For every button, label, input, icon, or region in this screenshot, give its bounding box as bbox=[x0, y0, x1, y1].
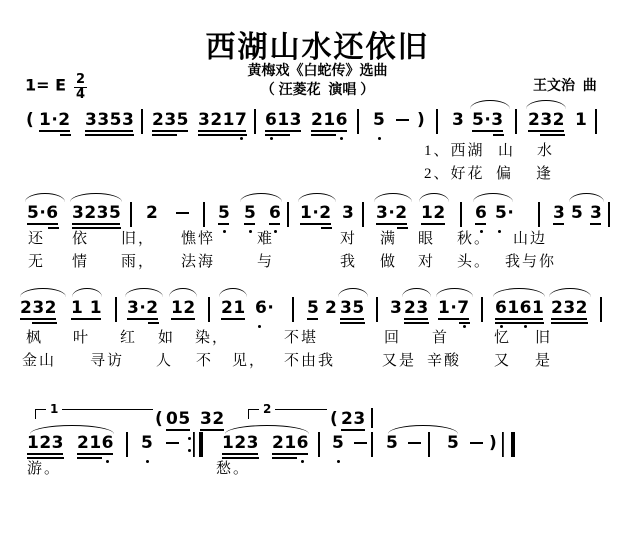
note-token: 23 bbox=[404, 300, 429, 317]
beam-line-2 bbox=[551, 322, 588, 324]
beam-line-2 bbox=[77, 457, 102, 459]
volta-number: 1 bbox=[46, 402, 62, 416]
slur-arc bbox=[72, 288, 102, 297]
slur-arc bbox=[25, 193, 65, 202]
beam-line-2 bbox=[85, 134, 134, 136]
note-token: 3 bbox=[342, 205, 354, 222]
beam-line bbox=[39, 130, 70, 132]
note-token: 123 bbox=[222, 435, 259, 452]
beam-line bbox=[218, 223, 229, 225]
beam-line bbox=[528, 130, 564, 132]
lyric-syllable: 还 bbox=[28, 232, 45, 247]
note-token: 6161 bbox=[495, 300, 544, 317]
beam-line-2 bbox=[72, 227, 121, 229]
barline-thin bbox=[460, 202, 462, 227]
note-token: 1 1 bbox=[71, 300, 102, 317]
lyric-syllable: 游。 bbox=[27, 462, 61, 477]
beam-line-2 bbox=[311, 134, 336, 136]
slur-arc bbox=[436, 288, 473, 297]
note-token: ( bbox=[26, 112, 34, 129]
volta-bracket: 1 bbox=[35, 409, 153, 419]
beam-line bbox=[472, 130, 503, 132]
barline-thin bbox=[130, 202, 132, 227]
octave-dot bbox=[337, 460, 340, 463]
beam-line bbox=[27, 453, 63, 455]
beam-line bbox=[421, 223, 445, 225]
note-token: 12 bbox=[171, 300, 196, 317]
lyric-syllable: 与 bbox=[257, 255, 274, 270]
barline-thin bbox=[538, 202, 540, 227]
beam-line-2 bbox=[404, 322, 429, 324]
octave-dot bbox=[524, 325, 527, 328]
note-token: 216 bbox=[311, 112, 348, 129]
note-token: 216 bbox=[272, 435, 309, 452]
key-signature: 1= E24 bbox=[25, 73, 87, 103]
beam-line-2 bbox=[265, 134, 290, 136]
composer-credit: 王文治 曲 bbox=[533, 75, 597, 95]
note-token: 5 bbox=[373, 112, 385, 129]
note-token: 232 bbox=[20, 300, 57, 317]
note-token: 12 bbox=[421, 205, 446, 222]
beam-line-2 bbox=[152, 134, 177, 136]
beam-line bbox=[272, 453, 308, 455]
lyric-syllable: 2、好花 bbox=[424, 167, 485, 182]
slur-arc bbox=[338, 288, 368, 297]
octave-dot bbox=[463, 325, 466, 328]
beam-line bbox=[72, 223, 120, 225]
beam-line-2 bbox=[397, 227, 408, 229]
beam-line bbox=[269, 223, 280, 225]
time-denominator: 4 bbox=[74, 88, 87, 102]
beam-line bbox=[77, 453, 113, 455]
note-token: 5 bbox=[332, 435, 344, 452]
beam-line bbox=[340, 318, 364, 320]
beam-line-2 bbox=[495, 322, 544, 324]
beam-line-2 bbox=[27, 457, 64, 459]
octave-dot bbox=[249, 230, 252, 233]
beam-line bbox=[495, 318, 543, 320]
slur-arc bbox=[30, 425, 114, 434]
octave-dot bbox=[498, 230, 501, 233]
beam-line bbox=[171, 318, 195, 320]
beam-line-2 bbox=[272, 457, 297, 459]
barline-repeat-end bbox=[188, 432, 203, 457]
barline-thin bbox=[318, 432, 320, 457]
beam-line-2 bbox=[198, 134, 247, 136]
beam-line-2 bbox=[148, 322, 159, 324]
barline-thin bbox=[371, 408, 373, 428]
note-token: 5 bbox=[386, 435, 398, 452]
note-token: 1 bbox=[575, 112, 587, 129]
lyric-syllable: 是 bbox=[535, 354, 552, 369]
beam-line bbox=[222, 453, 258, 455]
beam-line bbox=[475, 223, 486, 225]
note-token: 3217 bbox=[198, 112, 247, 129]
note-token: 613 bbox=[265, 112, 302, 129]
lyric-syllable: 旧， bbox=[121, 232, 155, 247]
lyric-syllable: 对 bbox=[418, 255, 435, 270]
note-token: 3353 bbox=[85, 112, 134, 129]
barline-thin bbox=[357, 109, 359, 134]
lyric-syllable: 人 bbox=[156, 354, 173, 369]
octave-dot bbox=[500, 325, 503, 328]
lyric-syllable: 回 bbox=[384, 331, 401, 346]
note-token: 5· bbox=[495, 205, 514, 222]
note-token: 5 bbox=[571, 205, 583, 222]
note-token: 6· bbox=[255, 300, 274, 317]
duration-dash bbox=[166, 442, 179, 444]
beam-line-2 bbox=[60, 134, 71, 136]
lyric-syllable: 憔悴 bbox=[181, 232, 215, 247]
beam-line-2 bbox=[222, 457, 259, 459]
barline-thin bbox=[608, 202, 610, 227]
time-signature: 24 bbox=[74, 73, 87, 103]
note-token: 21 bbox=[221, 300, 246, 317]
note-token: 5 bbox=[218, 205, 230, 222]
note-token: 35 bbox=[340, 300, 365, 317]
note-token: 5 bbox=[244, 205, 256, 222]
note-token: 23 bbox=[341, 411, 366, 428]
lyric-syllable: 满 bbox=[380, 232, 397, 247]
note-token: 6 bbox=[269, 205, 281, 222]
lyric-syllable: 山边 bbox=[513, 232, 547, 247]
volta-bracket: 2 bbox=[248, 409, 327, 419]
slur-arc bbox=[388, 425, 458, 434]
lyric-syllable: 红 bbox=[120, 331, 137, 346]
lyric-syllable: 水 bbox=[537, 144, 554, 159]
lyric-syllable: 首 bbox=[432, 331, 449, 346]
note-token: 3 bbox=[590, 205, 602, 222]
note-token: ) bbox=[489, 435, 497, 452]
slur-arc bbox=[240, 193, 282, 202]
lyric-syllable: 秋。 bbox=[457, 232, 491, 247]
slur-arc bbox=[569, 193, 604, 202]
barline-thin bbox=[203, 202, 205, 227]
lyric-syllable: 又 bbox=[494, 354, 511, 369]
note-token: 32 bbox=[200, 411, 225, 428]
slur-arc bbox=[125, 288, 163, 297]
note-token: 2 bbox=[325, 300, 337, 317]
lyric-syllable: 眼 bbox=[418, 232, 435, 247]
beam-line bbox=[551, 318, 587, 320]
beam-line-2 bbox=[540, 134, 565, 136]
lyric-syllable: 叶 bbox=[73, 331, 90, 346]
lyric-syllable: 不 bbox=[196, 354, 213, 369]
barline-thin bbox=[287, 202, 289, 227]
note-token: ( bbox=[155, 411, 163, 428]
beam-line bbox=[307, 318, 318, 320]
note-token: 5·3 bbox=[472, 112, 504, 129]
note-token: 3 bbox=[390, 300, 402, 317]
lyric-syllable: 不由我 bbox=[284, 354, 335, 369]
beam-line bbox=[590, 223, 601, 225]
slur-arc bbox=[219, 288, 247, 297]
beam-line bbox=[341, 429, 365, 431]
beam-line bbox=[553, 223, 564, 225]
note-token: 05 bbox=[166, 411, 191, 428]
slur-arc bbox=[374, 193, 412, 202]
slur-arc bbox=[419, 193, 449, 202]
slur-arc bbox=[526, 100, 566, 109]
slur-arc bbox=[402, 288, 431, 297]
lyric-syllable: 忆 bbox=[494, 331, 511, 346]
lyric-syllable: 头。 bbox=[457, 255, 491, 270]
note-token: 232 bbox=[528, 112, 565, 129]
note-token: 5 bbox=[447, 435, 459, 452]
duration-dash bbox=[176, 212, 189, 214]
lyric-syllable: 如 bbox=[158, 331, 175, 346]
note-token: ( bbox=[330, 411, 338, 428]
lyric-syllable: 染， bbox=[195, 331, 229, 346]
score-page: 西湖山水还依旧 黄梅戏《白蛇传》选曲 （ 汪菱花 演唱 ） 1= E24 王文治… bbox=[0, 0, 635, 558]
slur-arc bbox=[70, 193, 122, 202]
beam-line bbox=[198, 130, 246, 132]
barline-thin bbox=[376, 297, 378, 322]
beam-line-2 bbox=[340, 322, 365, 324]
octave-dot bbox=[146, 460, 149, 463]
lyric-syllable: 法海 bbox=[181, 255, 215, 270]
lyric-syllable: 愁。 bbox=[216, 462, 250, 477]
note-token: 1·2 bbox=[300, 205, 332, 222]
slur-arc bbox=[20, 288, 66, 297]
beam-line bbox=[300, 223, 331, 225]
octave-dot bbox=[106, 460, 109, 463]
barline-thin bbox=[595, 109, 597, 134]
lyric-syllable: 枫 bbox=[26, 331, 43, 346]
note-token: 3·2 bbox=[127, 300, 159, 317]
lyric-syllable: 偏 bbox=[496, 167, 513, 182]
beam-line bbox=[376, 223, 407, 225]
barline-thin bbox=[371, 432, 373, 457]
beam-line bbox=[85, 130, 133, 132]
barline-thin bbox=[115, 297, 117, 322]
note-token: 6 bbox=[475, 205, 487, 222]
barline-thin bbox=[428, 432, 430, 457]
lyric-syllable: 旧 bbox=[535, 331, 552, 346]
beam-line bbox=[27, 223, 58, 225]
lyric-syllable: 金山 bbox=[22, 354, 56, 369]
octave-dot bbox=[274, 230, 277, 233]
slur-arc bbox=[549, 288, 591, 297]
beam-line bbox=[265, 130, 301, 132]
beam-line bbox=[311, 130, 347, 132]
lyric-syllable: 山 bbox=[498, 144, 515, 159]
barline-thin bbox=[436, 109, 438, 134]
duration-dash bbox=[470, 442, 483, 444]
octave-dot bbox=[223, 230, 226, 233]
barline-thin bbox=[362, 202, 364, 227]
note-token: 5·6 bbox=[27, 205, 59, 222]
barline-thin bbox=[254, 109, 256, 134]
barline-thin bbox=[292, 297, 294, 322]
note-token: 123 bbox=[27, 435, 64, 452]
lyric-syllable: 寻访 bbox=[90, 354, 124, 369]
beam-line bbox=[200, 429, 224, 431]
octave-dot bbox=[378, 137, 381, 140]
note-token: 3·2 bbox=[376, 205, 408, 222]
beam-line bbox=[20, 318, 56, 320]
note-token: ) bbox=[417, 112, 425, 129]
lyric-syllable: 难 bbox=[257, 232, 274, 247]
lyric-syllable: 又是 bbox=[382, 354, 416, 369]
lyric-syllable: 不堪 bbox=[284, 331, 318, 346]
note-token: 1·2 bbox=[39, 112, 71, 129]
octave-dot bbox=[240, 137, 243, 140]
note-token: 235 bbox=[152, 112, 189, 129]
barline-thin bbox=[600, 297, 602, 322]
beam-line bbox=[152, 130, 188, 132]
barline-thin bbox=[515, 109, 517, 134]
lyric-syllable: 对 bbox=[340, 232, 357, 247]
lyric-syllable: 雨， bbox=[121, 255, 155, 270]
beam-line bbox=[244, 223, 255, 225]
note-token: 5 bbox=[141, 435, 153, 452]
note-token: 232 bbox=[551, 300, 588, 317]
lyric-syllable: 依 bbox=[72, 232, 89, 247]
key-label: 1= E bbox=[25, 75, 66, 94]
barline-thin bbox=[141, 109, 143, 134]
beam-line bbox=[166, 429, 190, 431]
beam-line-2 bbox=[321, 227, 332, 229]
beam-line-2 bbox=[48, 227, 59, 229]
lyric-syllable: 情 bbox=[72, 255, 89, 270]
lyric-syllable: 辛酸 bbox=[427, 354, 461, 369]
lyric-syllable: 我与你 bbox=[505, 255, 556, 270]
lyric-syllable: 无 bbox=[28, 255, 45, 270]
note-token: 2 bbox=[146, 205, 158, 222]
slur-arc bbox=[473, 193, 513, 202]
lyric-syllable: 1、西湖 bbox=[424, 144, 485, 159]
beam-line bbox=[221, 318, 245, 320]
lyric-syllable: 我 bbox=[340, 255, 357, 270]
beam-line bbox=[438, 318, 469, 320]
note-token: 216 bbox=[77, 435, 114, 452]
beam-line bbox=[71, 318, 101, 320]
note-token: 1·7 bbox=[438, 300, 470, 317]
beam-line bbox=[127, 318, 158, 320]
barline-thin bbox=[208, 297, 210, 322]
octave-dot bbox=[270, 137, 273, 140]
lyric-syllable: 做 bbox=[380, 255, 397, 270]
beam-line-2 bbox=[493, 134, 504, 136]
note-token: 3 bbox=[553, 205, 565, 222]
time-numerator: 2 bbox=[74, 73, 87, 88]
beam-line-2 bbox=[459, 322, 470, 324]
slur-arc bbox=[225, 425, 309, 434]
note-token: 3 bbox=[452, 112, 464, 129]
octave-dot bbox=[340, 137, 343, 140]
slur-arc bbox=[298, 193, 336, 202]
barline-thin bbox=[126, 432, 128, 457]
slur-arc bbox=[493, 288, 545, 297]
lyric-syllable: 见， bbox=[232, 354, 266, 369]
lyric-syllable: 逢 bbox=[536, 167, 553, 182]
barline-thin bbox=[481, 297, 483, 322]
barline-final bbox=[502, 432, 515, 457]
octave-dot bbox=[258, 325, 261, 328]
octave-dot bbox=[301, 460, 304, 463]
note-token: 5 bbox=[307, 300, 319, 317]
slur-arc bbox=[169, 288, 197, 297]
note-token: 3235 bbox=[72, 205, 121, 222]
duration-dash bbox=[396, 119, 409, 121]
beam-line bbox=[404, 318, 428, 320]
volta-number: 2 bbox=[259, 402, 275, 416]
beam-line-2 bbox=[32, 322, 57, 324]
slur-arc bbox=[470, 100, 510, 109]
duration-dash bbox=[408, 442, 421, 444]
duration-dash bbox=[354, 442, 367, 444]
